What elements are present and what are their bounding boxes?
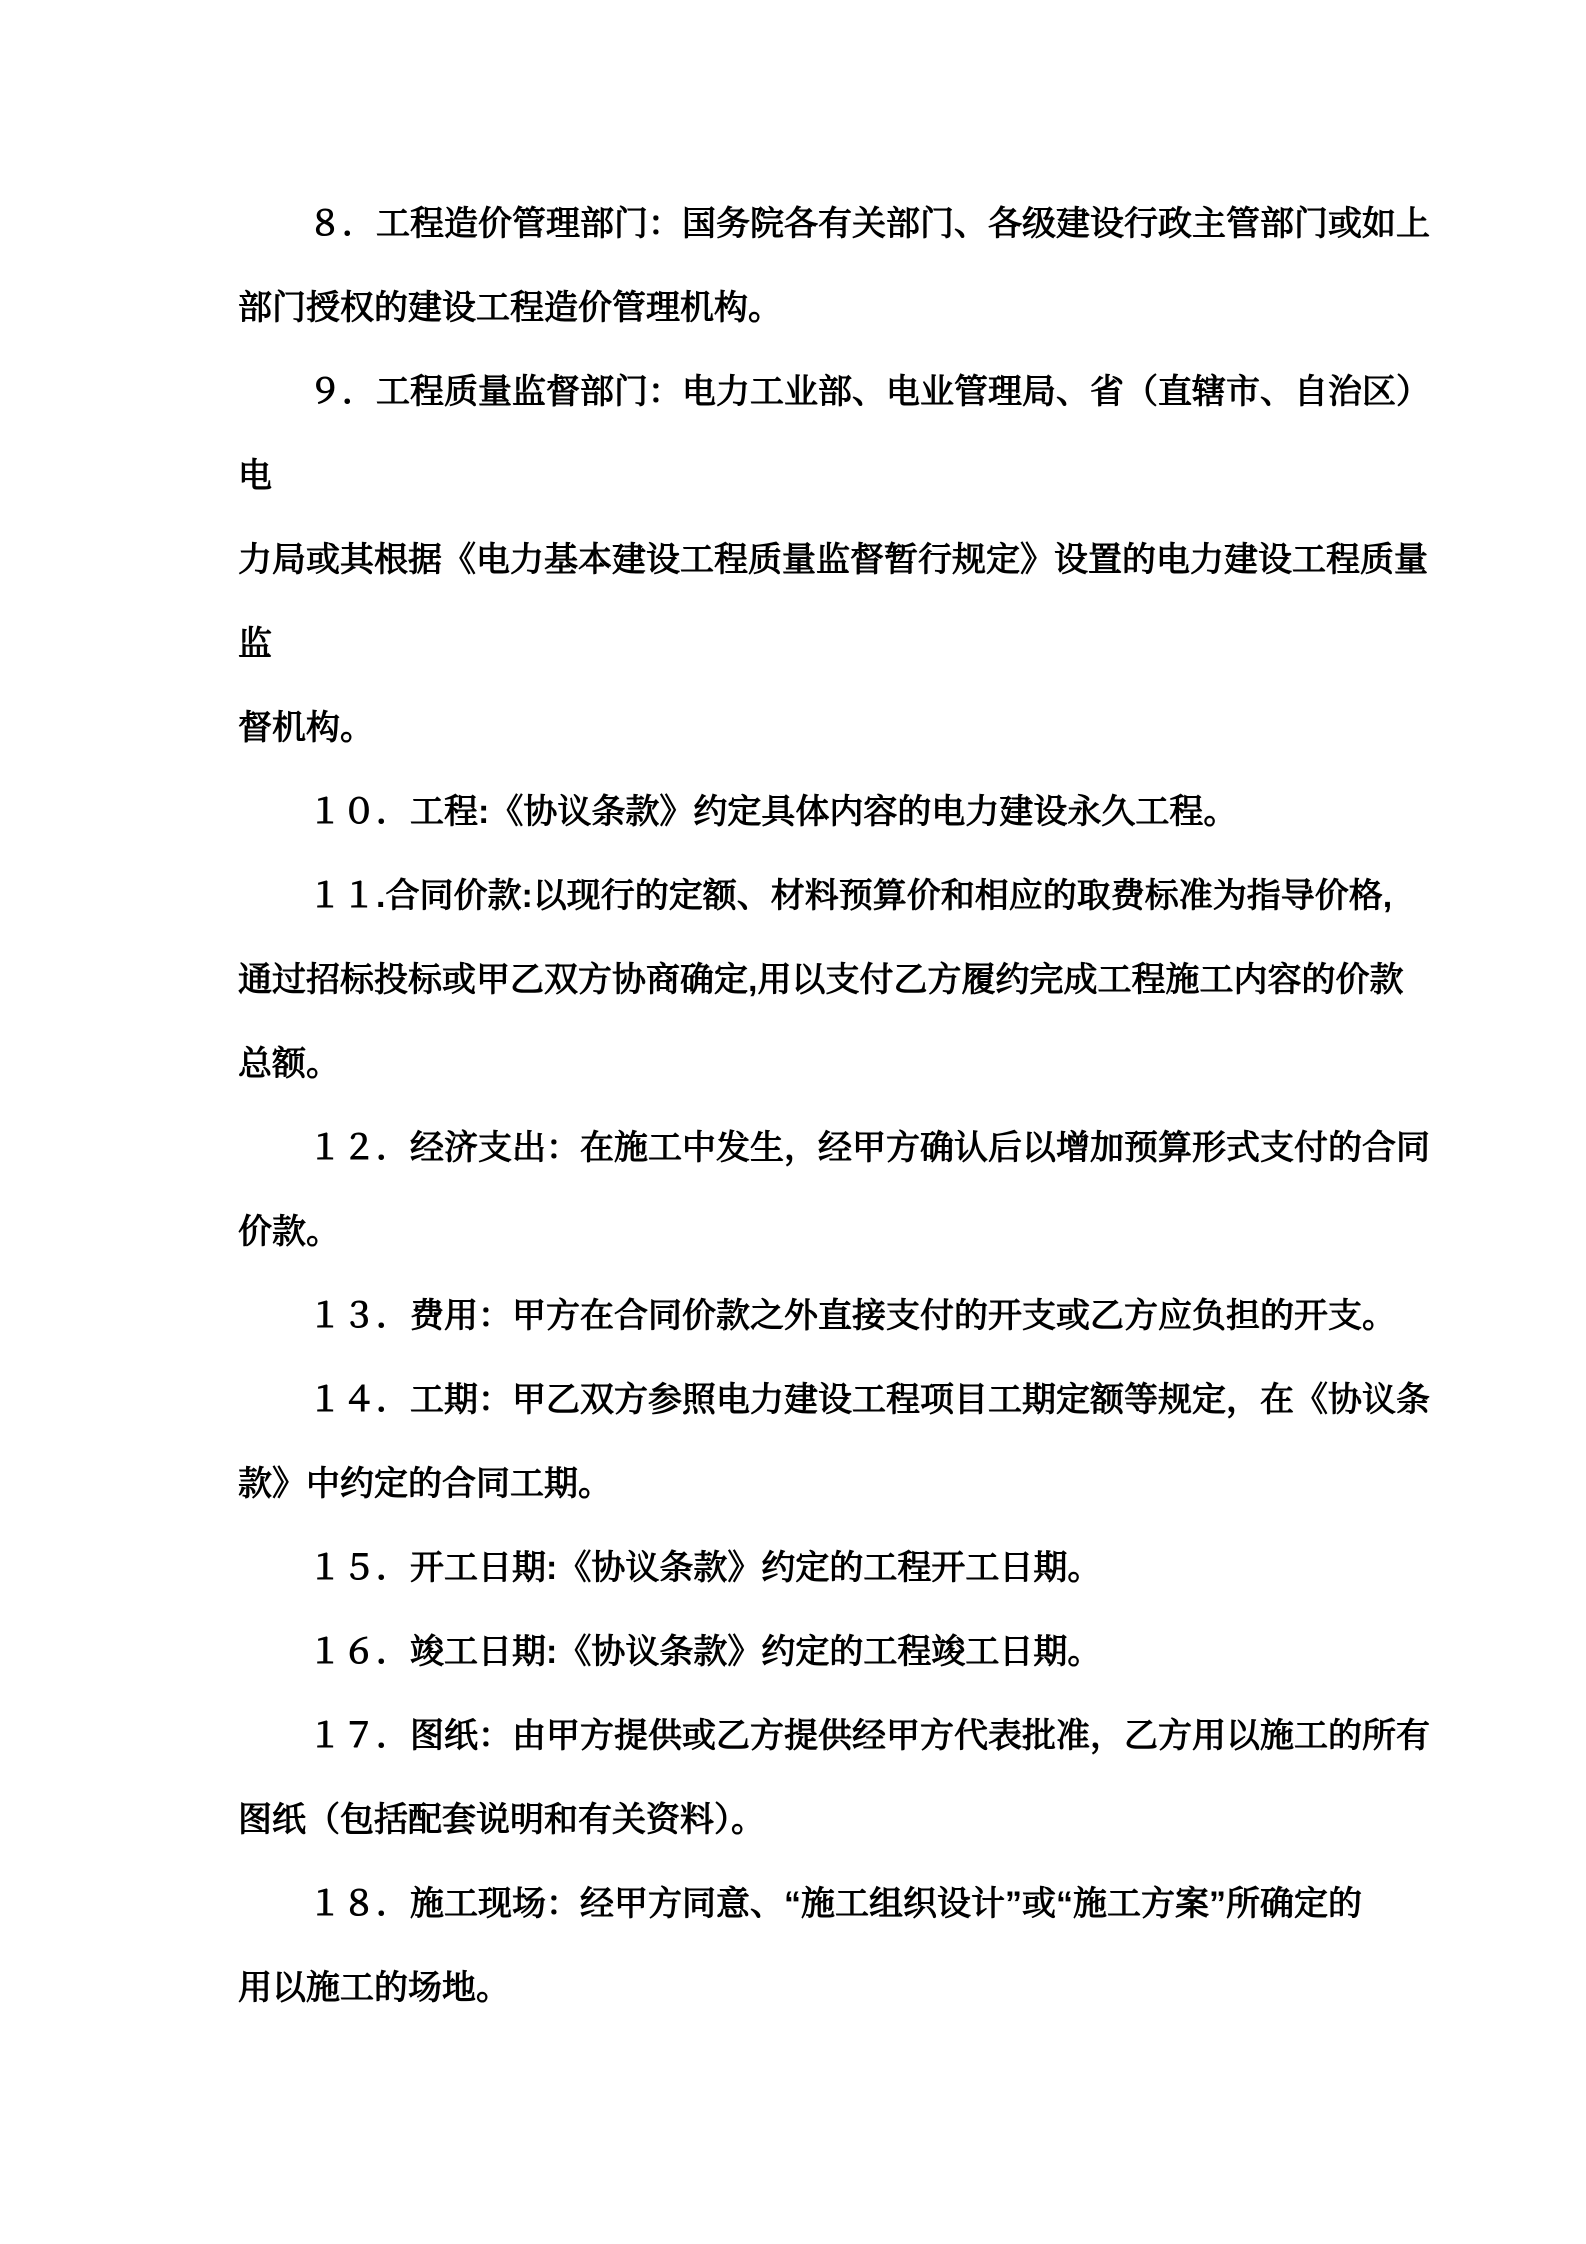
document-line: 监: [238, 602, 1356, 686]
document-line: 款》中约定的合同工期。: [238, 1442, 1356, 1526]
document-line: １６．竣工日期:《协议条款》约定的工程竣工日期。: [238, 1610, 1356, 1694]
document-line: １５．开工日期:《协议条款》约定的工程开工日期。: [238, 1526, 1356, 1610]
document-page: ８．工程造价管理部门：国务院各有关部门、各级建设行政主管部门或如上 部门授权的建…: [0, 0, 1586, 2244]
document-line: １２．经济支出：在施工中发生，经甲方确认后以增加预算形式支付的合同: [238, 1106, 1356, 1190]
document-line: 电: [238, 434, 1356, 518]
document-line: ８．工程造价管理部门：国务院各有关部门、各级建设行政主管部门或如上: [238, 182, 1356, 266]
document-line: １８．施工现场：经甲方同意、“施工组织设计”或“施工方案”所确定的: [238, 1862, 1356, 1946]
document-line: １４．工期：甲乙双方参照电力建设工程项目工期定额等规定，在《协议条: [238, 1358, 1356, 1442]
document-line: 图纸（包括配套说明和有关资料）。: [238, 1778, 1356, 1862]
document-line: １０．工程:《协议条款》约定具体内容的电力建设永久工程。: [238, 770, 1356, 854]
document-line: 力局或其根据《电力基本建设工程质量监督暂行规定》设置的电力建设工程质量: [238, 518, 1356, 602]
document-line: 总额。: [238, 1022, 1356, 1106]
document-line: １３．费用：甲方在合同价款之外直接支付的开支或乙方应负担的开支。: [238, 1274, 1356, 1358]
document-line: 价款。: [238, 1190, 1356, 1274]
document-line: １１.合同价款:以现行的定额、材料预算价和相应的取费标准为指导价格,: [238, 854, 1356, 938]
document-line: 通过招标投标或甲乙双方协商确定,用以支付乙方履约完成工程施工内容的价款: [238, 938, 1356, 1022]
document-line: 督机构。: [238, 686, 1356, 770]
document-line: 部门授权的建设工程造价管理机构。: [238, 266, 1356, 350]
document-line: 用以施工的场地。: [238, 1946, 1356, 2030]
document-line: ９．工程质量监督部门：电力工业部、电业管理局、省（直辖市、自治区）: [238, 350, 1356, 434]
document-line: １７．图纸：由甲方提供或乙方提供经甲方代表批准，乙方用以施工的所有: [238, 1694, 1356, 1778]
